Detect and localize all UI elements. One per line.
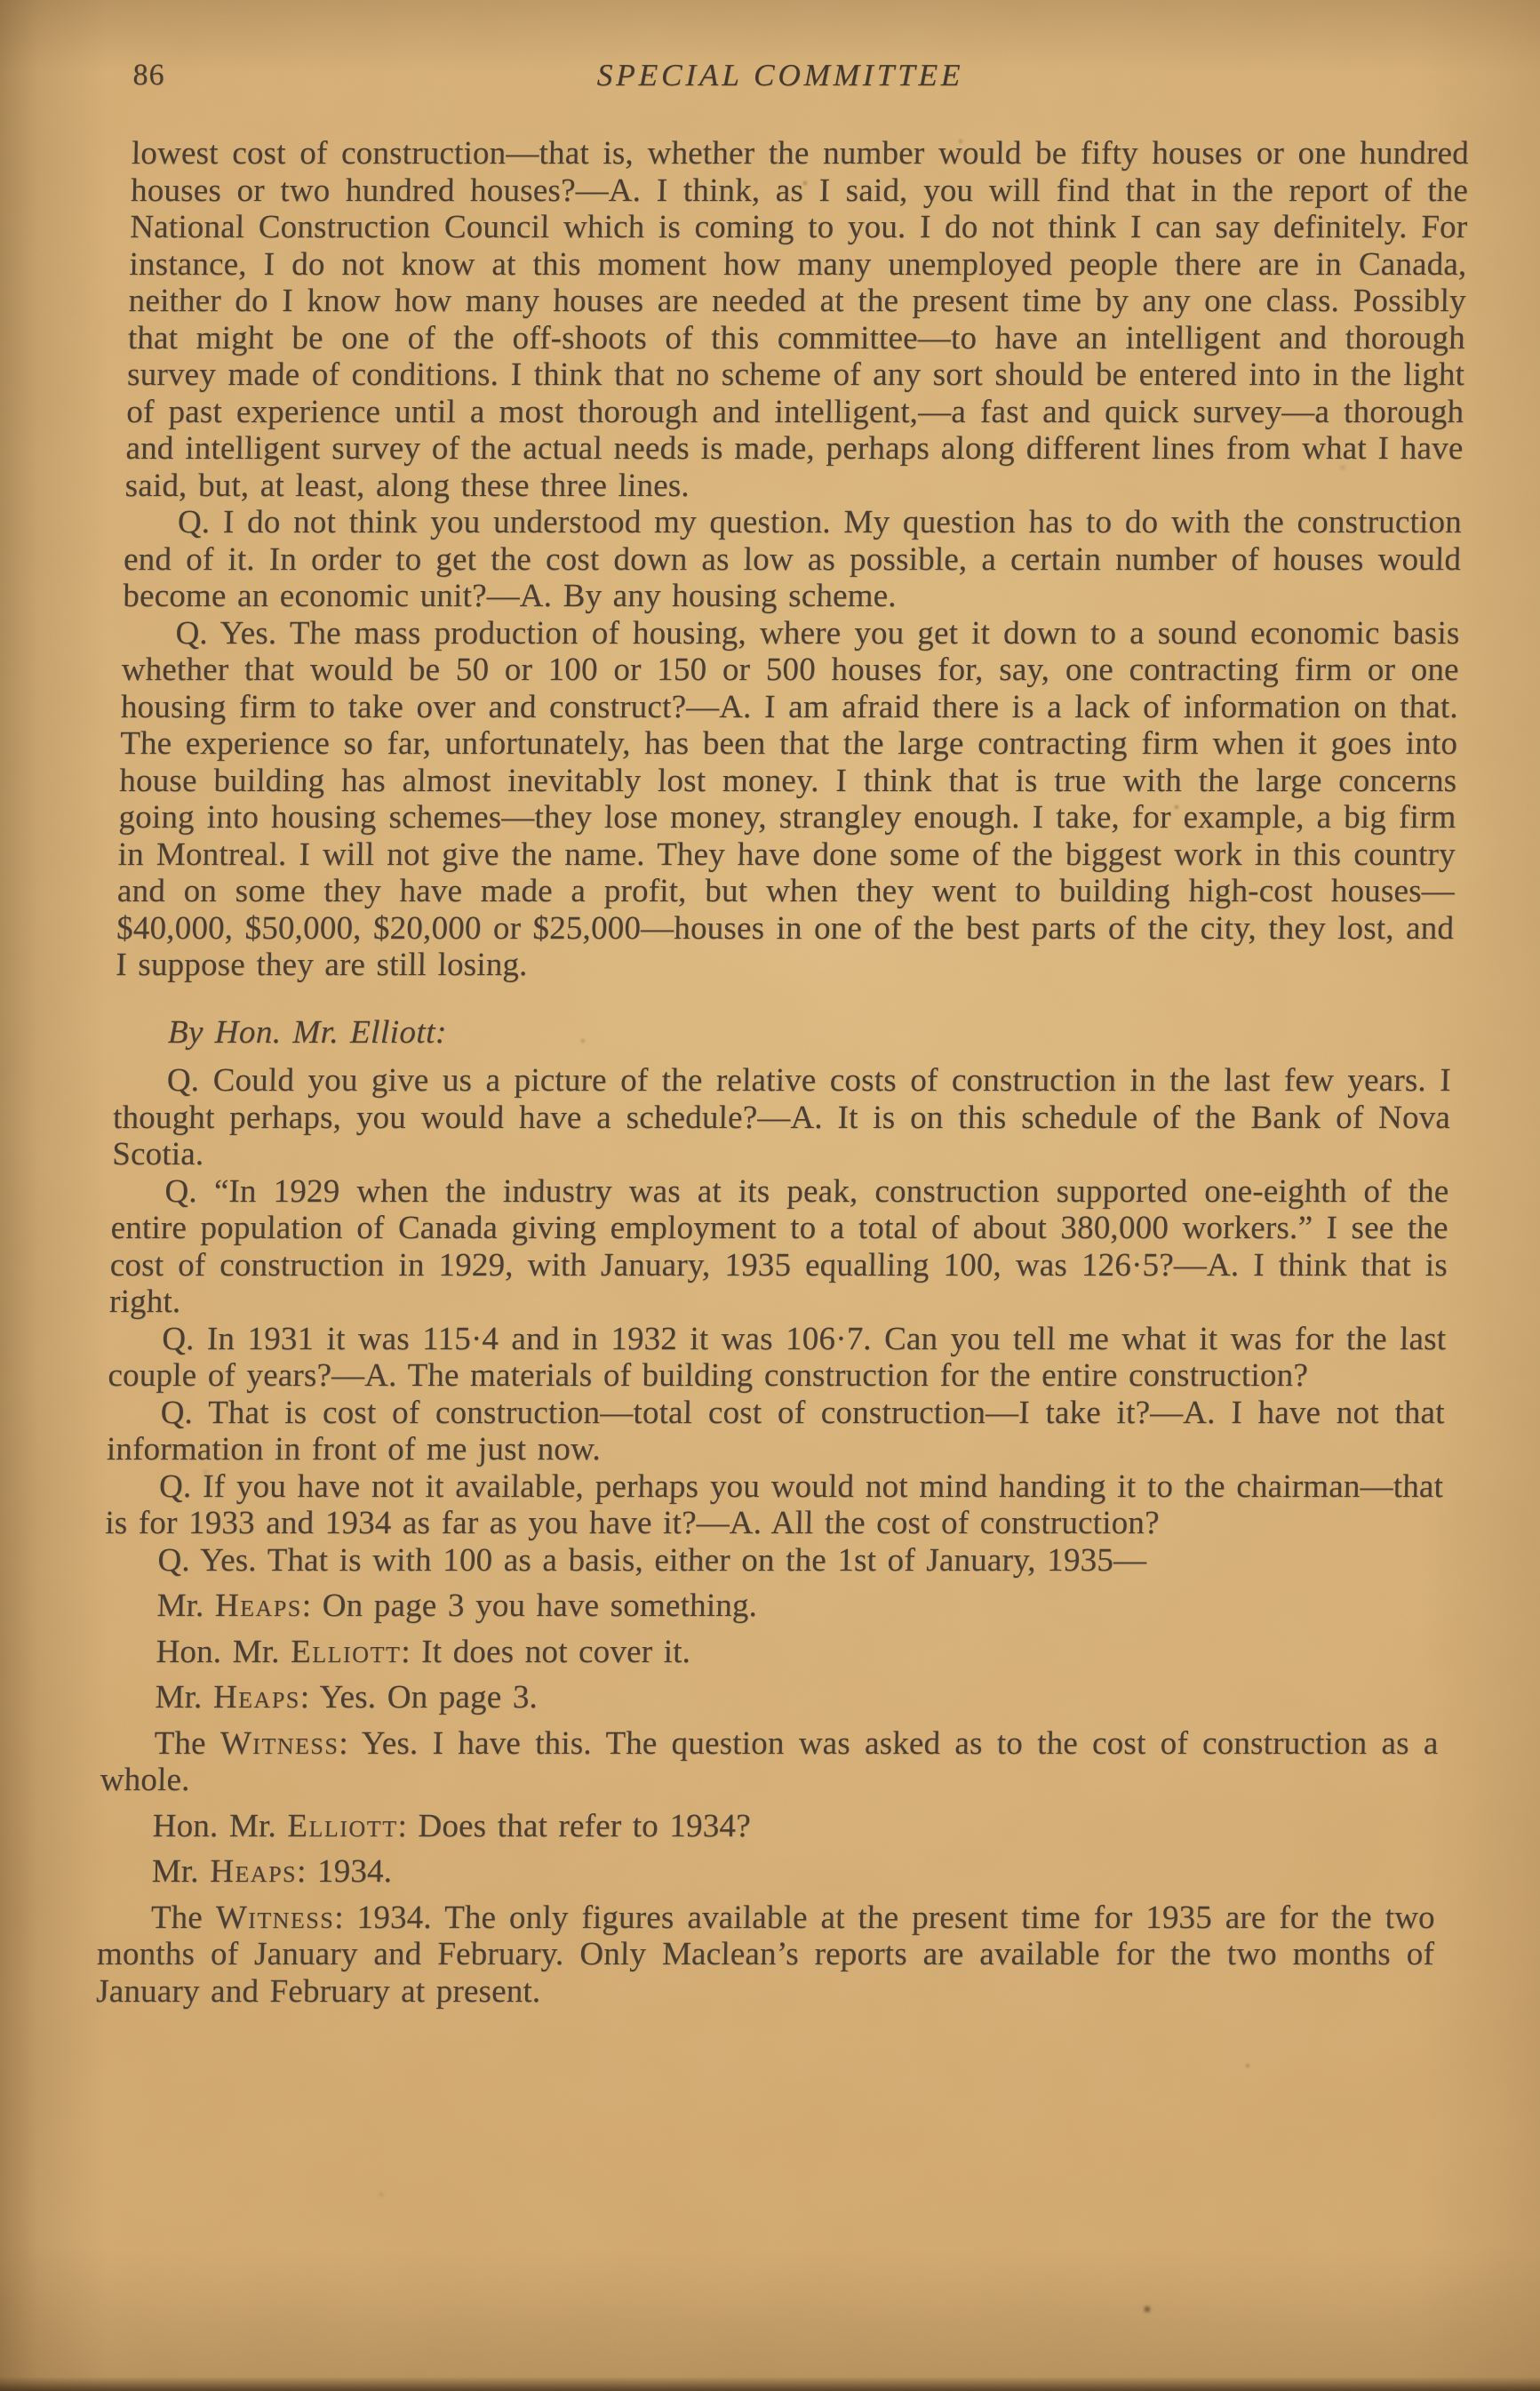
dialogue-line: Hon. Mr. Elliott: Does that refer to 193…	[99, 1808, 1437, 1845]
paper-specks	[0, 0, 2, 2]
section-heading-by-elliott: By Hon. Mr. Elliott:	[115, 1014, 1453, 1052]
dialogue-line: The Witness: 1934. The only figures avai…	[96, 1899, 1435, 2011]
speaker-name: Heaps	[215, 1587, 303, 1624]
transcript-body: lowest cost of construction—that is, whe…	[96, 135, 1469, 2010]
speech-text: : On page 3 you have something.	[301, 1587, 757, 1624]
speaker-prefix: The	[154, 1725, 220, 1762]
page-content: 86 SPECIAL COMMITTEE lowest cost of cons…	[96, 57, 1471, 2010]
speaker-prefix: Hon. Mr.	[152, 1808, 287, 1844]
speaker-name: Witness	[219, 1725, 339, 1762]
qa-paragraph-1929-index: Q. “In 1929 when the industry was at its…	[109, 1173, 1449, 1321]
speaker-name: Heaps	[213, 1679, 301, 1715]
scanned-document-page: 86 SPECIAL COMMITTEE lowest cost of cons…	[0, 0, 1540, 2391]
paragraph-continuation: lowest cost of construction—that is, whe…	[124, 135, 1469, 504]
running-title: SPECIAL COMMITTEE	[132, 57, 1428, 94]
speaker-prefix: The	[150, 1899, 216, 1936]
qa-paragraph-mass-production: Q. Yes. The mass production of housing, …	[116, 615, 1460, 984]
dialogue-line: Mr. Heaps: Yes. On page 3.	[101, 1679, 1440, 1716]
speaker-name: Heaps	[210, 1853, 298, 1890]
qa-paragraph-economic-unit: Q. I do not think you understood my ques…	[123, 504, 1462, 615]
qa-paragraph-100-basis: Q. Yes. That is with 100 as a basis, eit…	[104, 1542, 1442, 1579]
qa-paragraph-relative-costs: Q. Could you give us a picture of the re…	[112, 1062, 1451, 1173]
dialogue-line: Mr. Heaps: On page 3 you have something.	[103, 1587, 1441, 1625]
speaker-prefix: Mr.	[156, 1587, 215, 1624]
page-header: 86 SPECIAL COMMITTEE	[132, 57, 1471, 94]
speech-text: : 1934.	[297, 1853, 393, 1890]
qa-paragraph-hand-to-chairman: Q. If you have not it available, perhaps…	[105, 1468, 1444, 1542]
dialogue-line: The Witness: Yes. I have this. The quest…	[100, 1725, 1439, 1799]
speaker-name: Witness	[215, 1899, 334, 1936]
dialogue-line: Mr. Heaps: 1934.	[98, 1853, 1436, 1891]
speech-text: : Does that refer to 1934?	[397, 1808, 751, 1844]
dialogue-line: Hon. Mr. Elliott: It does not cover it.	[102, 1634, 1440, 1671]
speech-text: : Yes. On page 3.	[299, 1679, 538, 1715]
page-bottom-edge-shadow	[0, 2377, 1540, 2391]
speaker-name: Elliott	[287, 1808, 398, 1844]
speaker-prefix: Mr.	[151, 1853, 210, 1890]
speaker-prefix: Mr.	[155, 1679, 213, 1715]
qa-paragraph-1931-1932: Q. In 1931 it was 115·4 and in 1932 it w…	[108, 1321, 1447, 1395]
qa-paragraph-total-cost: Q. That is cost of construction—total co…	[107, 1395, 1446, 1468]
speaker-prefix: Hon. Mr.	[156, 1634, 291, 1670]
speech-text: : It does not cover it.	[401, 1634, 691, 1670]
speaker-name: Elliott	[291, 1634, 402, 1670]
